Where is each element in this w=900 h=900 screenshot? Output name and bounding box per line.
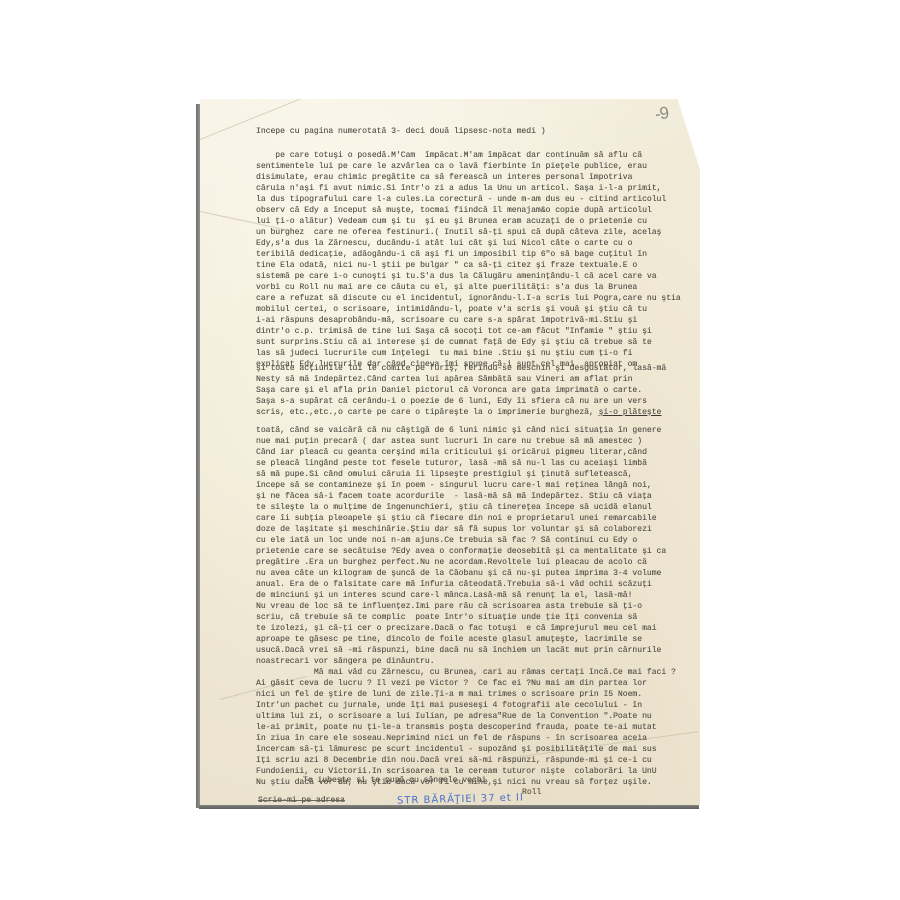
letter-line: anual. Era de o falsitate care mă înfuri…	[256, 579, 681, 590]
letter-line: Nesty să mă îndepărtez.Când cartea lui a…	[256, 374, 681, 385]
letter-line: pe care totuşi o posedă.M'Cam împăcat.M'…	[256, 150, 681, 161]
letter-line: şi toate acţiunile lui le comite pe furi…	[256, 363, 681, 374]
letter-line: în ziua în care ele soseau.Neprimind nic…	[256, 733, 681, 744]
letter-line: disimulate, erau chimic pregătite ca să …	[256, 172, 681, 183]
letter-line: să mă pupe.Si când omului căruia îi lips…	[256, 469, 681, 480]
letter-line: toată, când se vaicără că nu câştigă de …	[256, 425, 681, 436]
letter-line: îţi scriu azi 8 Decembrie din nou.Dacă v…	[256, 755, 681, 766]
letter-line: nu avea câte un kilogram de şuncă de la …	[256, 568, 681, 579]
handwritten-page-number: -9	[654, 103, 670, 125]
letter-closing: Te iubeşte şi te pupă cu sângele vechi	[303, 775, 486, 786]
underlined-phrase: şi-o plăteşte	[599, 408, 662, 417]
letter-line: prietenie care se secătuise ?Edy avea o …	[256, 546, 681, 557]
letter-line: Intr'un pachet cu jurnale, unde îţi mai …	[256, 700, 681, 711]
letter-line: Când iar pleacă cu geanta cerşind mila c…	[256, 447, 681, 458]
letter-signature: Roll	[522, 787, 541, 798]
letter-body: pe care totuşi o posedă.M'Cam împăcat.M'…	[256, 150, 681, 788]
letter-line: nue mai puţin precară ( dar astea sunt l…	[256, 436, 681, 447]
letter-line: le-ai primit, poate nu ţi-le-a transmis …	[256, 722, 681, 733]
letter-line: căruia n'aşi fi avut nimic.Si într'o zi …	[256, 183, 681, 194]
letter-line: cu ele iată un loc unde noi n-am ajuns.C…	[256, 535, 681, 546]
letter-line: tine Ela odată, nici nu-l ştii pe bulgar…	[256, 260, 681, 271]
letter-line: care a refuzat să discute cu el incident…	[256, 293, 681, 304]
letter-line: noastrecari vor sângera pe dinăuntru.	[256, 656, 681, 667]
letter-line: un burghez care ne oferea festinuri.( In…	[256, 227, 681, 238]
letter-line: sunt surprins.Stiu că ai interese şi de …	[256, 337, 681, 348]
letter-line: care îi subţia pleoapele şi ştiu că fiec…	[256, 513, 681, 524]
letter-line: Saşa care şi el afla prin Daniel pictoru…	[256, 385, 681, 396]
letter-line: Mă mai văd cu Zărnescu, cu Brunea, cari …	[256, 667, 681, 678]
letter-line: las să judeci lucrurile cum înţelegi tu …	[256, 348, 681, 359]
letter-line: Saşa s-a supărat că cerându-i o poezie d…	[256, 396, 681, 407]
letter-line: vorbi cu Roll nu mai are ce căuta cu el,…	[256, 282, 681, 293]
letter-line: aproape te găsesc pe tine, dincolo de fo…	[256, 634, 681, 645]
letter-heading-note: Incepe cu pagina numerotată 3- deci două…	[256, 126, 546, 137]
letter-line: teribilă dedicaţie, adăogându-i că aşi f…	[256, 249, 681, 260]
letter-line: încercam să-ţi lămuresc pe scurt inciden…	[256, 744, 681, 755]
letter-line: pregătire .Era un burghez perfect.Nu ne …	[256, 557, 681, 568]
letter-line: sentimentele lui pe care le azvârlea ca …	[256, 161, 681, 172]
letter-line: începe să se contamineze şi în poem - si…	[256, 480, 681, 491]
letter-line: nici un fel de ştire de luni de zile.Ţi-…	[256, 689, 681, 700]
letter-line: Ai găsit ceva de lucru ? Il vezi pe Vict…	[256, 678, 681, 689]
document-viewer: -9 Incepe cu pagina numerotată 3- deci d…	[0, 0, 900, 900]
letter-line: dintr'o c.p. trimisă de tine lui Saşa că…	[256, 326, 681, 337]
letter-line: doze de laşitate şi meschinărie.Ştiu dar…	[256, 524, 681, 535]
letter-line: şi ne făcea să-i facem toate acordurile …	[256, 491, 681, 502]
line-gap	[256, 418, 681, 425]
letter-line: te izolezi, şi că-ţi cer o precizare.Dac…	[256, 623, 681, 634]
letter-line: scriu, că trebuie să te complic poate în…	[256, 612, 681, 623]
letter-line: i-ai răspuns desaprobându-mă, scrisoare …	[256, 315, 681, 326]
letter-line: lui ţi-o alătur) Vedeam cum şi tu şi eu …	[256, 216, 681, 227]
letter-line: usucă.Dacă vrei să -mi răspunzi, bine da…	[256, 645, 681, 656]
letter-line: de minciuni şi un interes scund care-l m…	[256, 590, 681, 601]
letter-line: observ că Edy a început să muşte, tocmai…	[256, 205, 681, 216]
letter-line: ultima lui zi, o scrisoare a lui Iulian,…	[256, 711, 681, 722]
letter-line: Edy,s'a dus la Zărnescu, ducându-i atât …	[256, 238, 681, 249]
letter-line: Nu vreau de loc să te influenţez.Imi par…	[256, 601, 681, 612]
letter-line: scris, etc.,etc.,o carte pe care o tipăr…	[256, 407, 681, 418]
letter-line: se pleacă lingând peste tot fesele tutur…	[256, 458, 681, 469]
address-label: Scrie-mi pe adresa	[258, 795, 345, 806]
letter-line: sistemă pe care i-o cunoşti şi tu.S'a du…	[256, 271, 681, 282]
letter-line: la dus tipografului care l-a cules.La co…	[256, 194, 681, 205]
letter-line: te sileşte la o mulţime de îngenunchieri…	[256, 502, 681, 513]
letter-line: mobilul certei, o scrisoare, intimidându…	[256, 304, 681, 315]
